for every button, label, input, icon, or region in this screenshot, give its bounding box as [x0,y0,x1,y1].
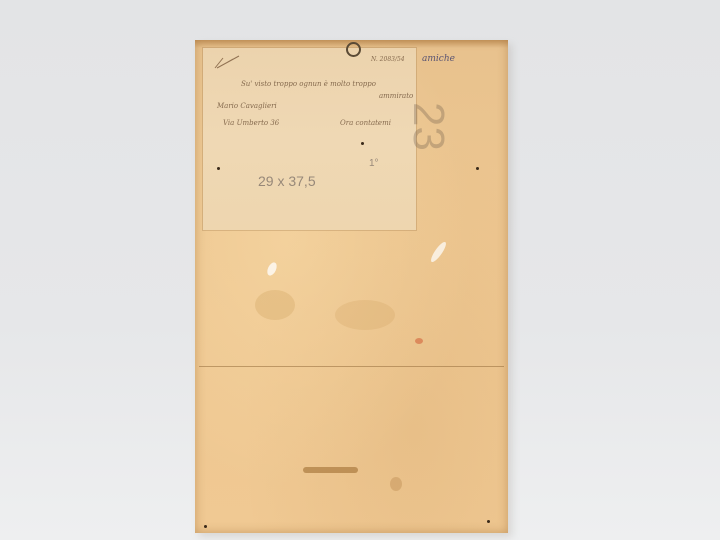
pin-hole [204,525,207,528]
hanging-ring [346,42,361,57]
label-right-note: Ora contatemi [340,119,391,127]
painting-board-back: N. 2083/54 Su' visto troppo ognun è molt… [195,40,508,533]
pin-hole [487,520,490,523]
pin-hole [217,167,220,170]
label-dimensions: 29 x 37,5 [258,173,316,189]
board-seam-line [199,366,504,367]
label-name-line: Mario Cavaglieri [217,102,277,110]
label-line-2: ammirato [379,92,413,100]
white-paint-fleck [429,240,448,264]
label-line-1: Su' visto troppo ognun è molto troppo [241,80,376,88]
ink-check-mark [213,54,241,70]
label-address-line: Via Umberto 36 [223,119,279,127]
red-stain [415,338,423,344]
foxing-stain [255,290,295,320]
pin-hole [361,142,364,145]
white-paint-fleck [265,261,278,277]
pin-hole [476,167,479,170]
label-pencil-mark: 1° [369,158,379,169]
faint-pencil-number: 23 [403,102,453,151]
blue-ink-word: amiche [422,54,455,64]
label-header-note: N. 2083/54 [371,56,405,63]
foxing-stain [335,300,395,330]
paper-label: N. 2083/54 Su' visto troppo ognun è molt… [203,48,416,230]
brown-smear [303,467,358,473]
brown-stain [390,477,402,491]
